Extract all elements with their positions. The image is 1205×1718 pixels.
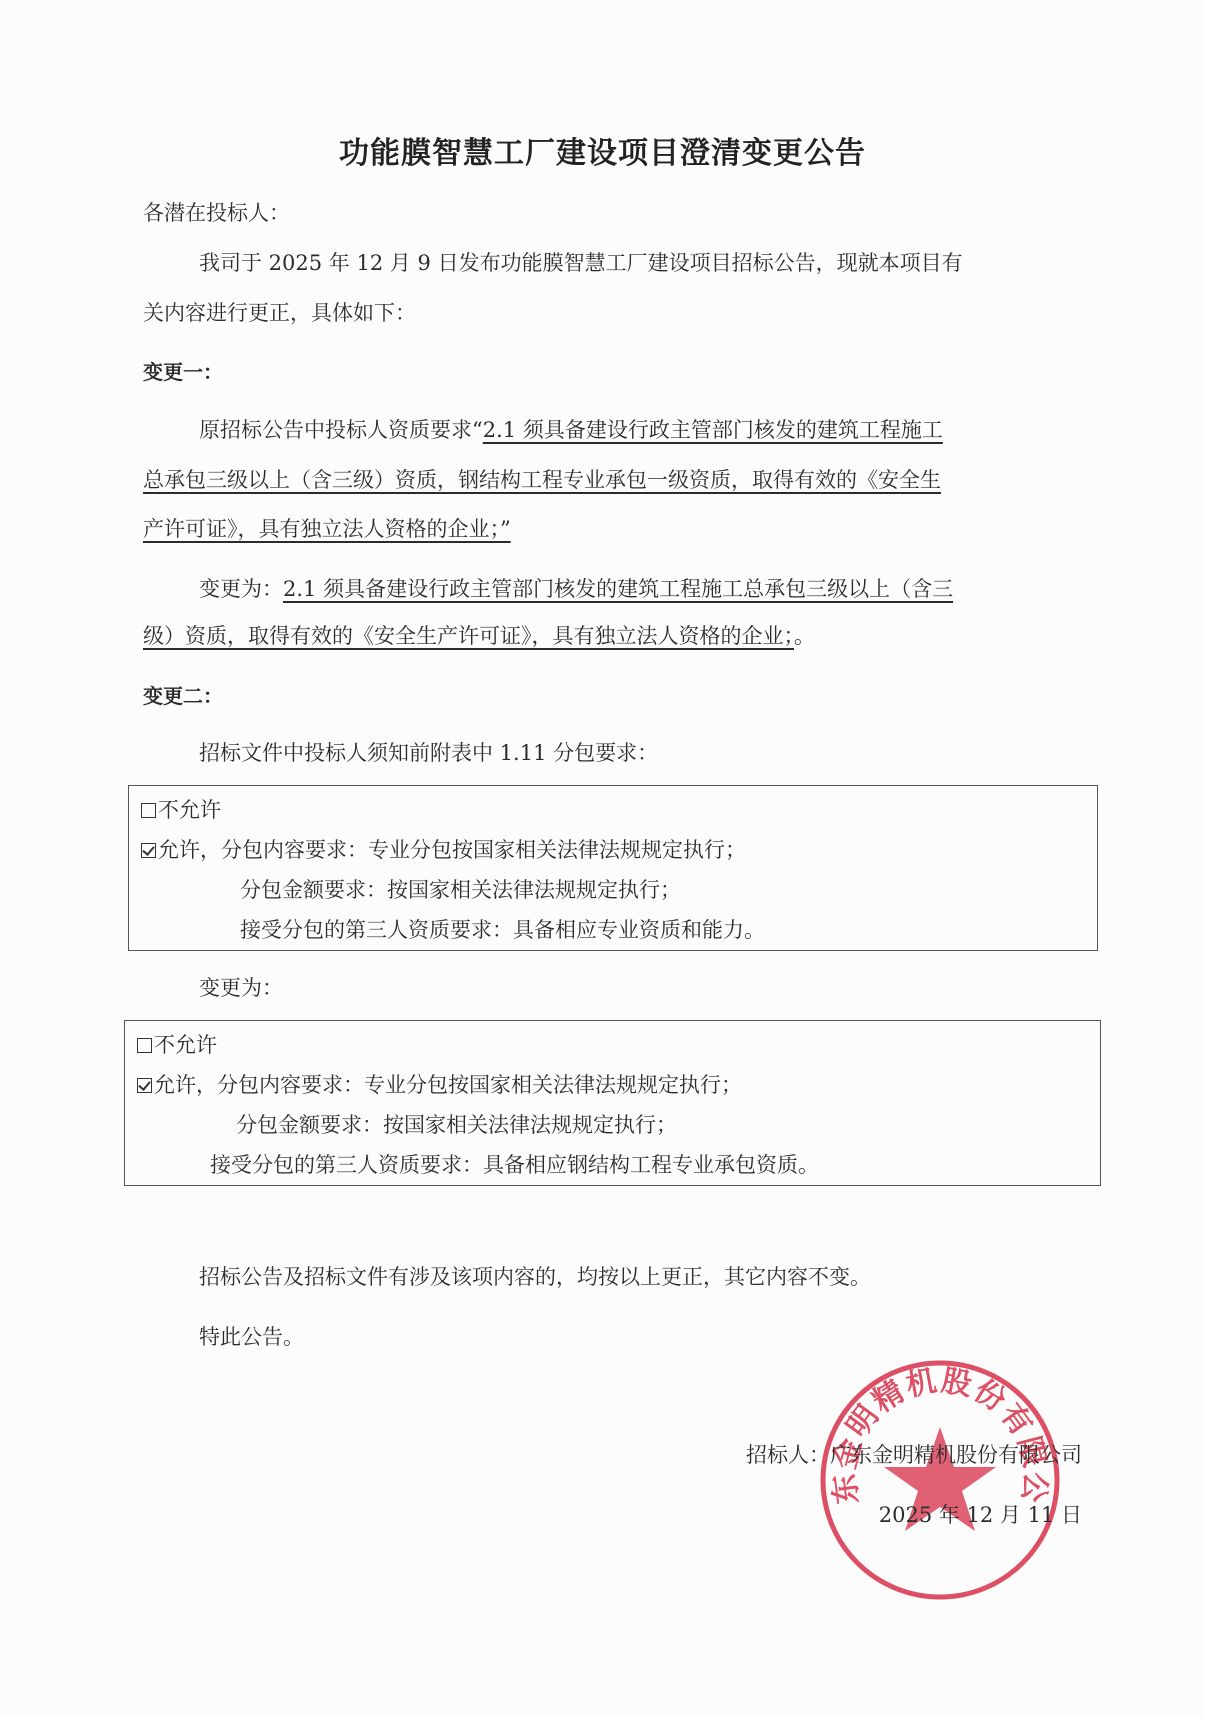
closing-notice: 特此公告。 xyxy=(199,1322,304,1352)
company-seal-icon: 广东金明精机股份有限公司 xyxy=(815,1355,1065,1605)
changed-amount-requirement: 分包金额要求：按国家相关法律法规规定执行； xyxy=(236,1110,677,1140)
changed-option-allowed: 允许，分包内容要求：专业分包按国家相关法律法规规定执行； xyxy=(137,1070,742,1100)
change-1-original-line-3: 产许可证》，具有独立法人资格的企业；” xyxy=(143,514,511,544)
change-1-original-text: 产许可证》，具有独立法人资格的企业；” xyxy=(143,517,511,541)
change-1-changed-line-2: 级）资质，取得有效的《安全生产许可证》，具有独立法人资格的企业；。 xyxy=(143,621,815,651)
change-1-changed-text: 级）资质，取得有效的《安全生产许可证》，具有独立法人资格的企业； xyxy=(143,624,794,648)
closing-statement: 招标公告及招标文件有涉及该项内容的，均按以上更正，其它内容不变。 xyxy=(199,1262,871,1292)
changed-subcontract-box: 不允许 允许，分包内容要求：专业分包按国家相关法律法规规定执行； 分包金额要求：… xyxy=(124,1020,1101,1186)
issue-date: 2025 年 12 月 11 日 xyxy=(879,1500,1082,1530)
change-1-changed-prefix: 变更为： xyxy=(199,577,283,601)
document-page: 功能膜智慧工厂建设项目澄清变更公告 各潜在投标人： 我司于 2025 年 12 … xyxy=(0,0,1205,1718)
original-third-party-requirement: 接受分包的第三人资质要求：具备相应专业资质和能力。 xyxy=(240,915,765,945)
changed-third-party-requirement: 接受分包的第三人资质要求：具备相应钢结构工程专业承包资质。 xyxy=(210,1150,819,1180)
change-1-changed-line-1: 变更为：2.1 须具备建设行政主管部门核发的建筑工程施工总承包三级以上（含三 xyxy=(199,574,953,604)
change-2-intro: 招标文件中投标人须知前附表中 1.11 分包要求： xyxy=(199,738,658,768)
change-1-original-line-2: 总承包三级以上（含三级）资质，钢结构工程专业承包一级资质，取得有效的《安全生 xyxy=(143,465,941,495)
document-title: 功能膜智慧工厂建设项目澄清变更公告 xyxy=(0,128,1205,172)
unchecked-checkbox-icon xyxy=(141,803,156,818)
checked-checkbox-icon xyxy=(141,843,156,858)
intro-line-1: 我司于 2025 年 12 月 9 日发布功能膜智慧工厂建设项目招标公告，现就本… xyxy=(199,248,963,278)
original-option-not-allowed: 不允许 xyxy=(141,795,221,825)
seal-text: 广东金明精机股份有限公司 xyxy=(815,1355,1053,1506)
change-1-original-text: 2.1 须具备建设行政主管部门核发的建筑工程施工 xyxy=(483,418,943,442)
change-2-heading: 变更二： xyxy=(143,681,223,711)
checked-checkbox-icon xyxy=(137,1078,152,1093)
intro-line-2: 关内容进行更正，具体如下： xyxy=(143,298,416,328)
change-1-original-text: 总承包三级以上（含三级）资质，钢结构工程专业承包一级资质，取得有效的《安全生 xyxy=(143,468,941,492)
change-1-heading: 变更一： xyxy=(143,357,223,387)
changed-option-not-allowed: 不允许 xyxy=(137,1030,217,1060)
original-amount-requirement: 分包金额要求：按国家相关法律法规规定执行； xyxy=(240,875,681,905)
unchecked-checkbox-icon xyxy=(137,1038,152,1053)
salutation: 各潜在投标人： xyxy=(143,198,290,228)
original-option-allowed: 允许，分包内容要求：专业分包按国家相关法律法规规定执行； xyxy=(141,835,746,865)
change-2-changed-label: 变更为： xyxy=(199,973,283,1003)
change-1-original-line-1: 原招标公告中投标人资质要求“2.1 须具备建设行政主管部门核发的建筑工程施工 xyxy=(199,415,943,445)
change-1-original-prefix: 原招标公告中投标人资质要求“ xyxy=(199,418,483,442)
original-subcontract-box: 不允许 允许，分包内容要求：专业分包按国家相关法律法规规定执行； 分包金额要求：… xyxy=(128,785,1098,951)
change-1-changed-text: 2.1 须具备建设行政主管部门核发的建筑工程施工总承包三级以上（含三 xyxy=(283,577,953,601)
issuer-signature: 招标人：广东金明精机股份有限公司 xyxy=(746,1440,1082,1470)
change-1-changed-suffix: 。 xyxy=(794,624,815,648)
